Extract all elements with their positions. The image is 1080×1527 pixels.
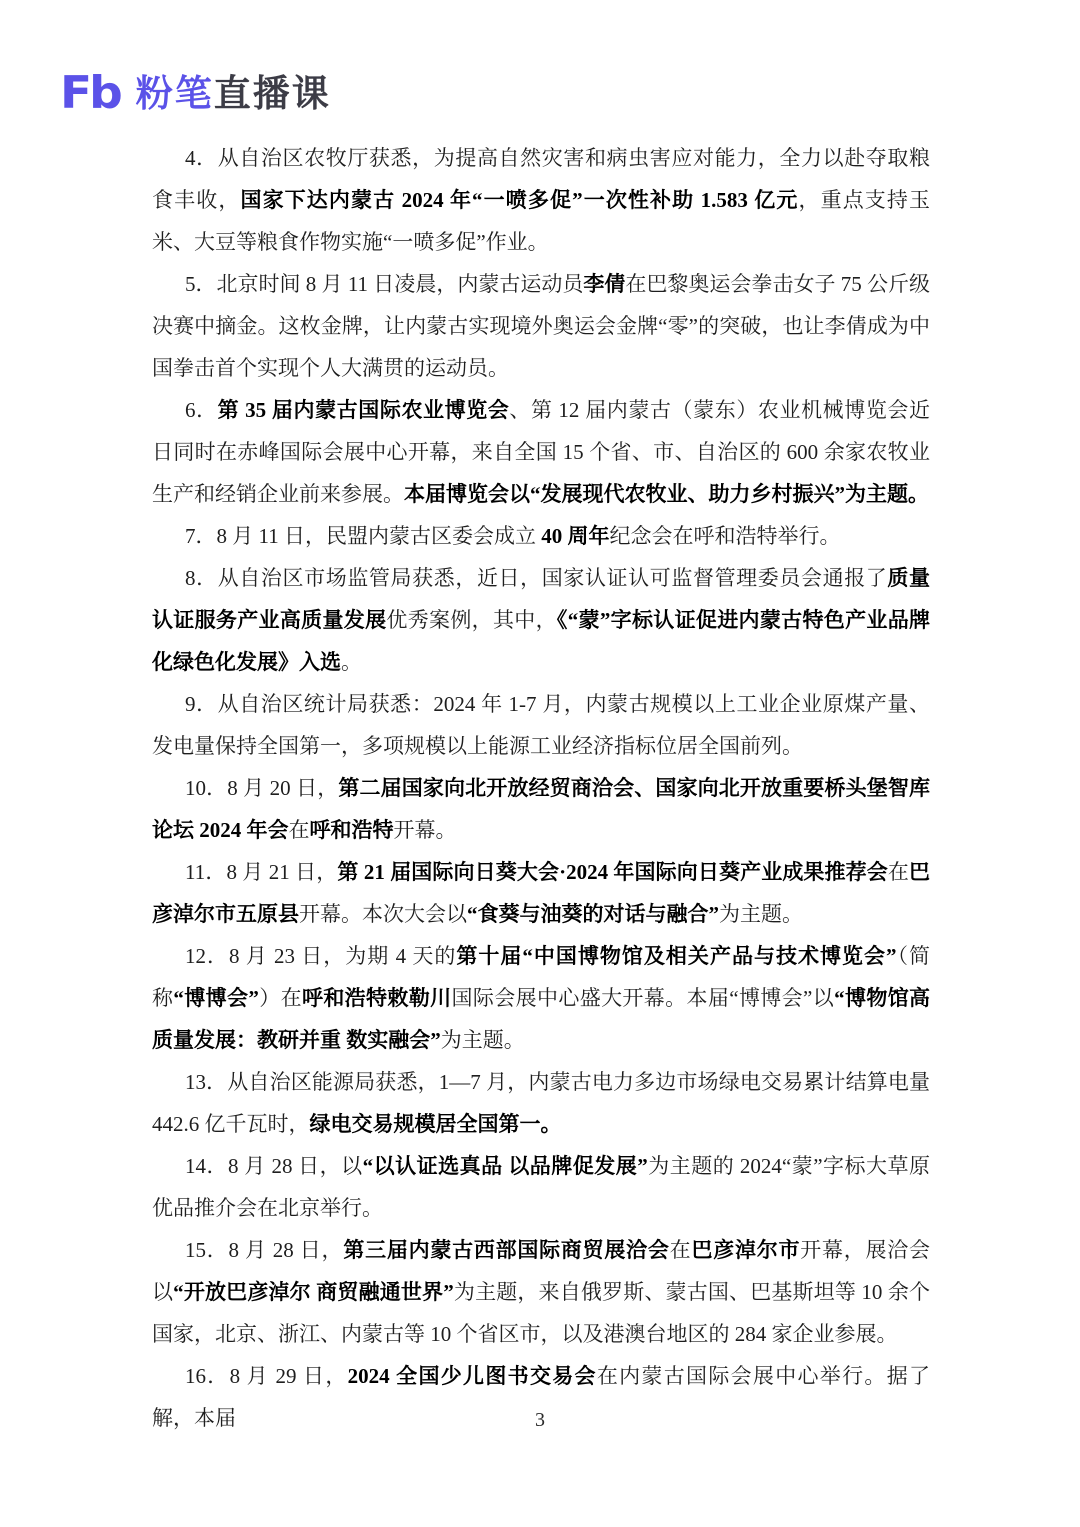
text-segment: 第 35 届内蒙古国际农业博览会 — [218, 398, 510, 422]
text-segment: 绿电交易规模居全国第一。 — [310, 1112, 562, 1136]
text-segment: 第三届内蒙古西部国际商贸展洽会 — [343, 1238, 669, 1262]
text-segment: 呼和浩特 — [310, 818, 394, 842]
text-segment: ）在 — [259, 986, 302, 1010]
text-segment: 6． — [185, 398, 218, 422]
text-segment: 16．8 月 29 日， — [185, 1364, 348, 1388]
text-segment: “食葵与油葵的对话与融合” — [467, 902, 719, 926]
text-segment: 第 21 届国际向日葵大会·2024 年国际向日葵产业成果推荐会 — [337, 860, 888, 884]
text-segment: 为主题。 — [719, 902, 803, 926]
news-item-5: 5．北京时间 8 月 11 日凌晨，内蒙古运动员李倩在巴黎奥运会拳击女子 75 … — [152, 263, 930, 389]
text-segment: 第十届“中国博物馆及相关产品与技术博览会” — [456, 944, 896, 968]
news-item-10: 10．8 月 20 日，第二届国家向北开放经贸商洽会、国家向北开放重要桥头堡智库… — [152, 767, 930, 851]
news-list: 4．从自治区农牧厅获悉，为提高自然灾害和病虫害应对能力，全力以赴夺取粮食丰收，国… — [152, 137, 930, 1439]
text-segment: 开幕。 — [394, 818, 457, 842]
document-body: 4．从自治区农牧厅获悉，为提高自然灾害和病虫害应对能力，全力以赴夺取粮食丰收，国… — [152, 137, 930, 1439]
text-segment: 开幕。本次大会以 — [299, 902, 467, 926]
text-segment: 纪念会在呼和浩特举行。 — [609, 524, 840, 548]
text-segment: “开放巴彦淖尔 商贸融通世界” — [173, 1280, 454, 1304]
text-segment: 李倩 — [583, 272, 625, 296]
news-item-4: 4．从自治区农牧厅获悉，为提高自然灾害和病虫害应对能力，全力以赴夺取粮食丰收，国… — [152, 137, 930, 263]
text-segment: 14．8 月 28 日，以 — [185, 1154, 363, 1178]
brand-logo-text: 粉笔直播课 — [136, 75, 331, 112]
text-segment: 在 — [888, 860, 909, 884]
text-segment: 优秀案例，其中， — [386, 608, 557, 632]
news-item-6: 6．第 35 届内蒙古国际农业博览会、第 12 届内蒙古（蒙东）农业机械博览会近… — [152, 389, 930, 515]
news-item-11: 11．8 月 21 日，第 21 届国际向日葵大会·2024 年国际向日葵产业成… — [152, 851, 930, 935]
news-item-7: 7．8 月 11 日，民盟内蒙古区委会成立 40 周年纪念会在呼和浩特举行。 — [152, 515, 930, 557]
news-item-12: 12．8 月 23 日，为期 4 天的第十届“中国博物馆及相关产品与技术博览会”… — [152, 935, 930, 1061]
text-segment: 15．8 月 28 日， — [185, 1238, 343, 1262]
news-item-14: 14．8 月 28 日，以“以认证选真品 以品牌促发展”为主题的 2024“蒙”… — [152, 1145, 930, 1229]
text-segment: 11．8 月 21 日， — [185, 860, 337, 884]
text-segment: 9．从自治区统计局获悉：2024 年 1-7 月，内蒙古规模以上工业企业原煤产量… — [152, 692, 930, 758]
brand-logo: Fb 粉笔直播课 — [60, 70, 331, 117]
text-segment: 12．8 月 23 日，为期 4 天的 — [185, 944, 456, 968]
text-segment: “博博会” — [173, 986, 258, 1010]
text-segment: 在 — [670, 1238, 692, 1262]
text-segment: 国际会展中心盛大开幕。本届“博博会”以 — [452, 986, 835, 1010]
text-segment: 为主题。 — [441, 1028, 525, 1052]
news-item-13: 13．从自治区能源局获悉，1—7 月，内蒙古电力多边市场绿电交易累计结算电量 4… — [152, 1061, 930, 1145]
text-segment: 巴彦淖尔市 — [691, 1238, 800, 1262]
fenbi-logo-icon: Fb — [60, 71, 120, 116]
text-segment: 本届博览会以“发展现代农牧业、助力乡村振兴”为主题。 — [404, 482, 929, 506]
text-segment: 2024 全国少儿图书交易会 — [348, 1364, 597, 1388]
brand-name-primary: 粉笔 — [136, 72, 214, 115]
text-segment: 国家下达内蒙古 2024 年“一喷多促”一次性补助 1.583 亿元 — [240, 188, 798, 212]
text-segment: “以认证选真品 以品牌促发展” — [363, 1154, 648, 1178]
text-segment: 10．8 月 20 日， — [185, 776, 338, 800]
text-segment: 。 — [341, 650, 362, 674]
page-footer: 3 — [0, 1405, 1080, 1435]
text-segment: 呼和浩特敕勒川 — [302, 986, 452, 1010]
page-number: 3 — [535, 1409, 545, 1431]
text-segment: 8．从自治区市场监管局获悉，近日，国家认证认可监督管理委员会通报了 — [185, 566, 887, 590]
text-segment: 5．北京时间 8 月 11 日凌晨，内蒙古运动员 — [185, 272, 583, 296]
text-segment: 在 — [289, 818, 310, 842]
brand-name-secondary: 直播课 — [214, 72, 331, 115]
news-item-15: 15．8 月 28 日，第三届内蒙古西部国际商贸展洽会在巴彦淖尔市开幕，展洽会以… — [152, 1229, 930, 1355]
news-item-8: 8．从自治区市场监管局获悉，近日，国家认证认可监督管理委员会通报了质量认证服务产… — [152, 557, 930, 683]
news-item-9: 9．从自治区统计局获悉：2024 年 1-7 月，内蒙古规模以上工业企业原煤产量… — [152, 683, 930, 767]
text-segment: 7．8 月 11 日，民盟内蒙古区委会成立 — [185, 524, 541, 548]
text-segment: 40 周年 — [541, 524, 609, 548]
